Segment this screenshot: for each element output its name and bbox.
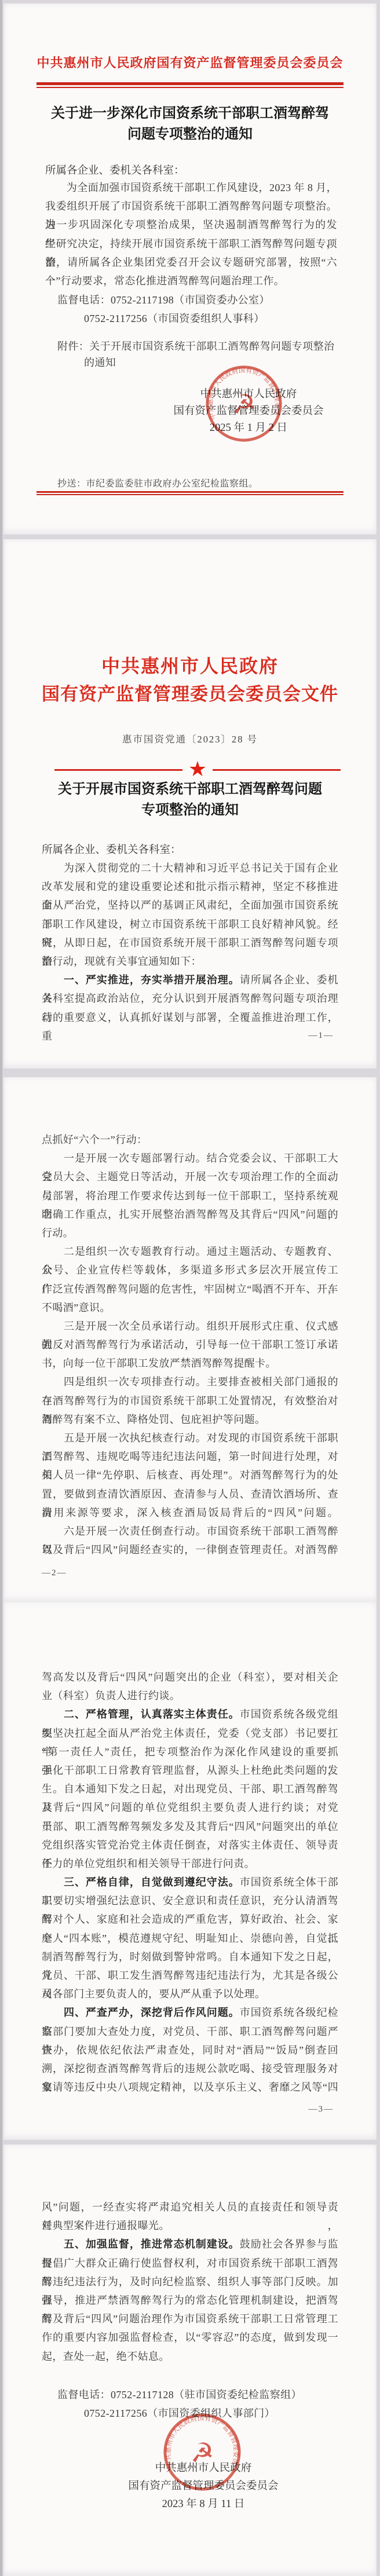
text-line: 与部署，将治理工作要求传达到每一位干部职工，坚持系统观念，: [42, 1187, 338, 1205]
letterhead-title: 中共惠州市人民政府国有资产监督管理委员会委员会: [3, 53, 377, 71]
text-line: 督导，推进严禁酒驾醉驾行为的常态化管理机制建设，把酒驾醉: [42, 2291, 338, 2310]
attachment-line-2: 的通知: [84, 354, 116, 369]
party-emblem-icon: ☭: [231, 389, 256, 420]
text-line: 党员、干部、职工发生酒驾醉驾违纪违法行为，尤其是各级公司: [42, 1966, 338, 1985]
text-line: 不力的单位党组织和相关领导干部进行问责。: [42, 1854, 338, 1873]
official-seal: 中共惠州市人民政府国有资产监督管理委员会委员会 ☭: [160, 2410, 245, 2495]
text-line: 治，请所属各企业集团党委召开会议专题研究部署，按照“六个: [45, 253, 337, 272]
text-line: 一是开展一次专题部署行动。结合党委会议、干部职工大会、: [42, 1149, 338, 1168]
text-line: 二、严格管理，认真落实主体责任。市国资系统各级党组织: [42, 1705, 338, 1724]
text-line: 一”行动要求，常态化推进酒驾醉驾问题治理工作。: [45, 272, 337, 290]
text-line: 的反对酒驾醉驾行为承诺活动，引导每一位干部职工签订承诺: [42, 1335, 338, 1354]
text-line: 究，从即日起，在市国资系统开展干部职工酒驾醉驾问题专项整: [42, 934, 338, 952]
text-line: 以及背后“四风”问题经查实的，一律倒查管理责任。对酒驾醉: [42, 1541, 338, 1559]
bold-heading-segment: 二、严格管理，认真落实主体责任。: [42, 1708, 240, 1720]
document-title-line: 专项整治的通知: [3, 800, 377, 821]
text-line: 置，要做到查清饮酒原因、查清参与人员、查清饮酒场所、查清: [42, 1485, 338, 1503]
text-line: 要坚决扛起全面从严治党主体责任，党委（党支部）书记要扛牢: [42, 1724, 338, 1743]
body-text: 点抓好“六个一”行动： 一是开展一次专题部署行动。结合党委会议、干部职工大会、党…: [42, 1130, 338, 1559]
rule-thick-bar: [36, 491, 344, 493]
text-line: 党员大会、主题党日等活动，开展一次专项治理工作的全面动员: [42, 1168, 338, 1186]
text-line: 工要切实增强纪法意识、安全意识和责任意识，充分认清酒驾醉: [42, 1891, 338, 1910]
official-seal: 中共惠州市人民政府国有资产监督管理委员会委员会 ☭: [201, 361, 286, 446]
text-line: 党组织落实管党治党主体责任倒查，对落实主体责任、领导责任: [42, 1836, 338, 1854]
letterhead-title-line-1: 中共惠州市人民政府: [3, 652, 377, 678]
text-line: 为全面加强市国资系统干部职工作风建设，2023 年 8 月，: [45, 178, 337, 197]
document-number: 惠市国资党通〔2023〕28 号: [3, 731, 377, 745]
salutation: 所属各企业、委机关各科室：: [42, 841, 181, 857]
document-title: 关于开展市国资系统干部职工酒驾醉驾问题 专项整治的通知: [3, 779, 377, 821]
text-line: 我委组织开展了市国资系统干部职工酒驾醉驾问题专项整治。为: [45, 197, 337, 215]
text-line: 驾醉驾有案不立、降格处罚、包庇袒护等问题。: [42, 1410, 338, 1429]
supervision-phone-line-2: 0752-2117256（市国资委组织人事科）: [84, 310, 265, 325]
text-line: 驾违纪违法行为，及时向纪检监察、组织人事等部门反映。加强: [42, 2273, 338, 2291]
rule-segment: [54, 769, 182, 771]
text-line: 各科室提高政治站位，充分认识到开展酒驾醉驾问题专项治理行: [42, 989, 338, 1008]
text-line: 驾对个人、家庭和社会造成的严重危害，算好政治、社会、家庭、: [42, 1910, 338, 1929]
text-line: 业（科室）负责人进行约谈。: [42, 1686, 338, 1705]
document-title-line: 问题专项整治的通知: [3, 124, 377, 145]
text-line: 众号、企业宣传栏等载体，多渠道多形式多层次开展宣传工作，: [42, 1261, 338, 1279]
text-line: 一、严实推进，夯实举措开展治理。请所属各企业、委机关: [42, 971, 338, 989]
bold-heading-segment: 三、严格自律，自觉做到遵纪守法。: [42, 1876, 240, 1888]
document-title-line: 关于开展市国资系统干部职工酒驾醉驾问题: [3, 779, 377, 800]
text-line: 治行动，现就有关事宜通知如下：: [42, 952, 338, 971]
text-line: 其背后“四风”问题的单位党组织主要负责人进行约谈；对党员、: [42, 1798, 338, 1817]
page-number: —1—: [309, 1031, 334, 1041]
body-text: 为深入贯彻党的二十大精神和习近平总书记关于国有企业改革发展和党的建设重要论述和批…: [42, 859, 338, 1027]
text-line: 书，向每一位干部职工发放严禁酒驾醉驾提醒卡。: [42, 1354, 338, 1373]
text-line: 四是组织一次专项排查行动。主要排查被相关部门通报的存: [42, 1373, 338, 1391]
cc-note: 抄送：市纪委监委驻市政府办公室纪检监察组。: [57, 476, 258, 489]
text-line: 五是开展一次执纪核查行动。对发现的市国资系统干部职工: [42, 1429, 338, 1447]
footer-red-rule: [36, 491, 344, 495]
text-line: 风”问题，一经查实将严肃追究相关人员的直接责任和领导责任，: [42, 2198, 338, 2216]
rule-thick-bar: [36, 82, 344, 85]
document-title-line: 关于进一步深化市国资系统干部职工酒驾醉驾: [3, 103, 377, 124]
scanned-document-screenshot: { "colors": { "accent_red": "#d5281e", "…: [0, 0, 380, 2576]
text-line: 二是组织一次专题教育行动。通过主题活动、专题教育、公: [42, 1242, 338, 1261]
text-line: 在酒驾醉驾行为的市国资系统干部职工处置情况，有效整治对酒: [42, 1392, 338, 1410]
text-line: 溯，深挖彻查酒驾醉驾背后的违规公款吃喝、接受管理服务对象: [42, 2059, 338, 2078]
text-line: 起，查处一起，绝不姑息。: [42, 2347, 338, 2366]
text-line: 酒驾醉驾、违规吃喝等违纪违法问题，第一时间进行处理，对相: [42, 1447, 338, 1466]
text-line: 驾高发以及背后“四风”问题突出的企业（科室），要对相关企: [42, 1668, 338, 1686]
document-title: 关于进一步深化市国资系统干部职工酒驾醉驾 问题专项整治的通知: [3, 103, 377, 145]
text-line: 广泛宣传酒驾醉驾问题的危害性，牢固树立“喝酒不开车、开车: [42, 1280, 338, 1298]
text-line: 经研究决定，持续开展市国资系统干部职工酒驾醉驾问题专项整: [45, 235, 337, 253]
text-line: 个人“四本账”，模范遵规守纪、明耻知止、崇德向善，自觉抵: [42, 1929, 338, 1948]
text-line: 为深入贯彻党的二十大精神和习近平总书记关于国有企业: [42, 859, 338, 877]
party-emblem-icon: ☭: [189, 2436, 214, 2468]
text-line: 进一步巩固深化专项整治成果，坚决遏制酒驾醉驾行为的发生，: [45, 215, 337, 234]
page-2-attachment-cover: 中共惠州市人民政府 国有资产监督管理委员会委员会文件 惠市国资党通〔2023〕2…: [3, 539, 377, 1069]
text-line: 察部门要加大查处力度，对党员、干部、职工酒驾醉驾问题严查: [42, 2022, 338, 2041]
text-line: 行动。: [42, 1224, 338, 1242]
page-5-signature: 风”问题，一经查实将严肃追究相关人员的直接责任和领导责任，对典型案件进行通报曝光…: [3, 2145, 377, 2576]
text-line: 三是开展一次全员承诺行动。组织开展形式庄重、仪式感强: [42, 1317, 338, 1335]
text-line: 提倡广大群众正确行使监督权利，对市国资系统干部职工酒驾醉: [42, 2254, 338, 2273]
text-line: 及各部门主要负责人的，要从严从重予以处理。: [42, 1985, 338, 2003]
text-line: 四、严查严办，深挖背后作风问题。市国资系统各级纪检监: [42, 2003, 338, 2022]
text-line: 生。自本通知下发之日起，对出现党员、干部、职工酒驾醉驾及: [42, 1780, 338, 1798]
rule-thin-bar: [36, 494, 344, 495]
body-text: 风”问题，一经查实将严肃追究相关人员的直接责任和领导责任，对典型案件进行通报曝光…: [42, 2198, 338, 2366]
text-line: 五、加强监督，推进常态机制建设。鼓励社会各界参与监督，: [42, 2235, 338, 2253]
text-line: 部职工作风建设，树立市国资系统干部职工良好精神风貌。经研: [42, 915, 338, 934]
salutation: 所属各企业、委机关各科室：: [45, 162, 185, 177]
rule-segment: [213, 769, 341, 771]
rule-thin-bar: [36, 87, 344, 88]
page-number: —2—: [42, 1568, 67, 1578]
text-line: 三、严格自律，自觉做到遵纪守法。市国资系统全体干部职: [42, 1873, 338, 1891]
text-line: 关人员一律“先停职、后核查、再处理”。对酒驾醉驾行为的处: [42, 1466, 338, 1484]
page-1-notice: 中共惠州市人民政府国有资产监督管理委员会委员会 关于进一步深化市国资系统干部职工…: [3, 3, 377, 535]
text-line: 六是开展一次责任倒查行动。市国资系统干部职工酒驾醉驾: [42, 1522, 338, 1541]
bold-heading-segment: 五、加强监督，推进常态机制建设。: [42, 2238, 240, 2250]
supervision-phone-line-1: 监督电话：0752-2117198（市国资委办公室）: [57, 292, 270, 307]
body-text: 驾高发以及背后“四风”问题突出的企业（科室），要对相关企业（科室）负责人进行约谈…: [42, 1668, 338, 2096]
letterhead-title-line-2: 国有资产监督管理委员会委员会文件: [3, 679, 377, 705]
text-line: 驾及背后“四风”问题治理作为市国资系统干部职工日常管理工: [42, 2310, 338, 2328]
page-4-body: 驾高发以及背后“四风”问题突出的企业（科室），要对相关企业（科室）负责人进行约谈…: [3, 1602, 377, 2140]
bold-heading-segment: 四、严查严办，深挖背后作风问题。: [42, 2007, 240, 2018]
supervision-phone-line-1: 监督电话：0752-2117128（驻市国资委纪检监察组）: [57, 2387, 302, 2402]
star-icon: ★: [188, 759, 207, 780]
issue-date: 2023 年 8 月 11 日: [90, 2495, 316, 2513]
text-line: 强化干部职工日常教育管理监督，从源头上杜绝此类问题的发: [42, 1761, 338, 1780]
text-line: 快办，依规依纪依法严肃查处，同时对“酒局”“饭局”倒查回: [42, 2041, 338, 2059]
text-line: 明确工作重点，扎实开展整治酒驾醉驾及其背后“四风”问题的: [42, 1205, 338, 1224]
text-line: 费用来源等要求，深入核查酒局饭局背后的“四风”问题。: [42, 1503, 338, 1522]
page-number: —3—: [309, 2105, 334, 2114]
text-line: 干部、职工酒驾醉驾频发多发及其背后“四风”问题突出的单位: [42, 1817, 338, 1836]
text-line: 制酒驾醉驾行为，时刻做到警钟常鸣。自本通知下发之日起，凡: [42, 1948, 338, 1966]
text-line: 面从严治党，坚持以严的基调正风肃纪，全面加强市国资系统干: [42, 896, 338, 914]
text-line: “第一责任人”责任，把专项整治作为深化作风建设的重要抓手，: [42, 1743, 338, 1761]
red-separator-rule: [36, 82, 344, 88]
text-line: 不喝酒”意识。: [42, 1298, 338, 1317]
text-line: 宴请等违反中央八项规定精神，以及享乐主义、奢靡之风等“四: [42, 2078, 338, 2096]
text-line: 点抓好“六个一”行动：: [42, 1130, 338, 1149]
bold-heading-segment: 一、严实推进，夯实举措开展治理。: [42, 974, 240, 986]
text-line: 作的重要内容加强监督检查，以“零容忍”的态度，做到发现一: [42, 2328, 338, 2347]
star-separator-rule: ★: [54, 758, 341, 781]
text-line: 改革发展和党的建设重要论述和批示指示精神，坚定不移推进全: [42, 877, 338, 896]
page-3-body: 点抓好“六个一”行动： 一是开展一次专题部署行动。结合党委会议、干部职工大会、党…: [3, 1077, 377, 1603]
text-line: 动的重要意义，认真抓好谋划与部署，全覆盖推进治理工作，重: [42, 1008, 338, 1027]
body-text: 为全面加强市国资系统干部职工作风建设，2023 年 8 月，我委组织开展了市国资…: [45, 178, 337, 290]
attachment-line-1: 附件：关于开展市国资系统干部职工酒驾醉驾问题专项整治: [57, 338, 334, 353]
